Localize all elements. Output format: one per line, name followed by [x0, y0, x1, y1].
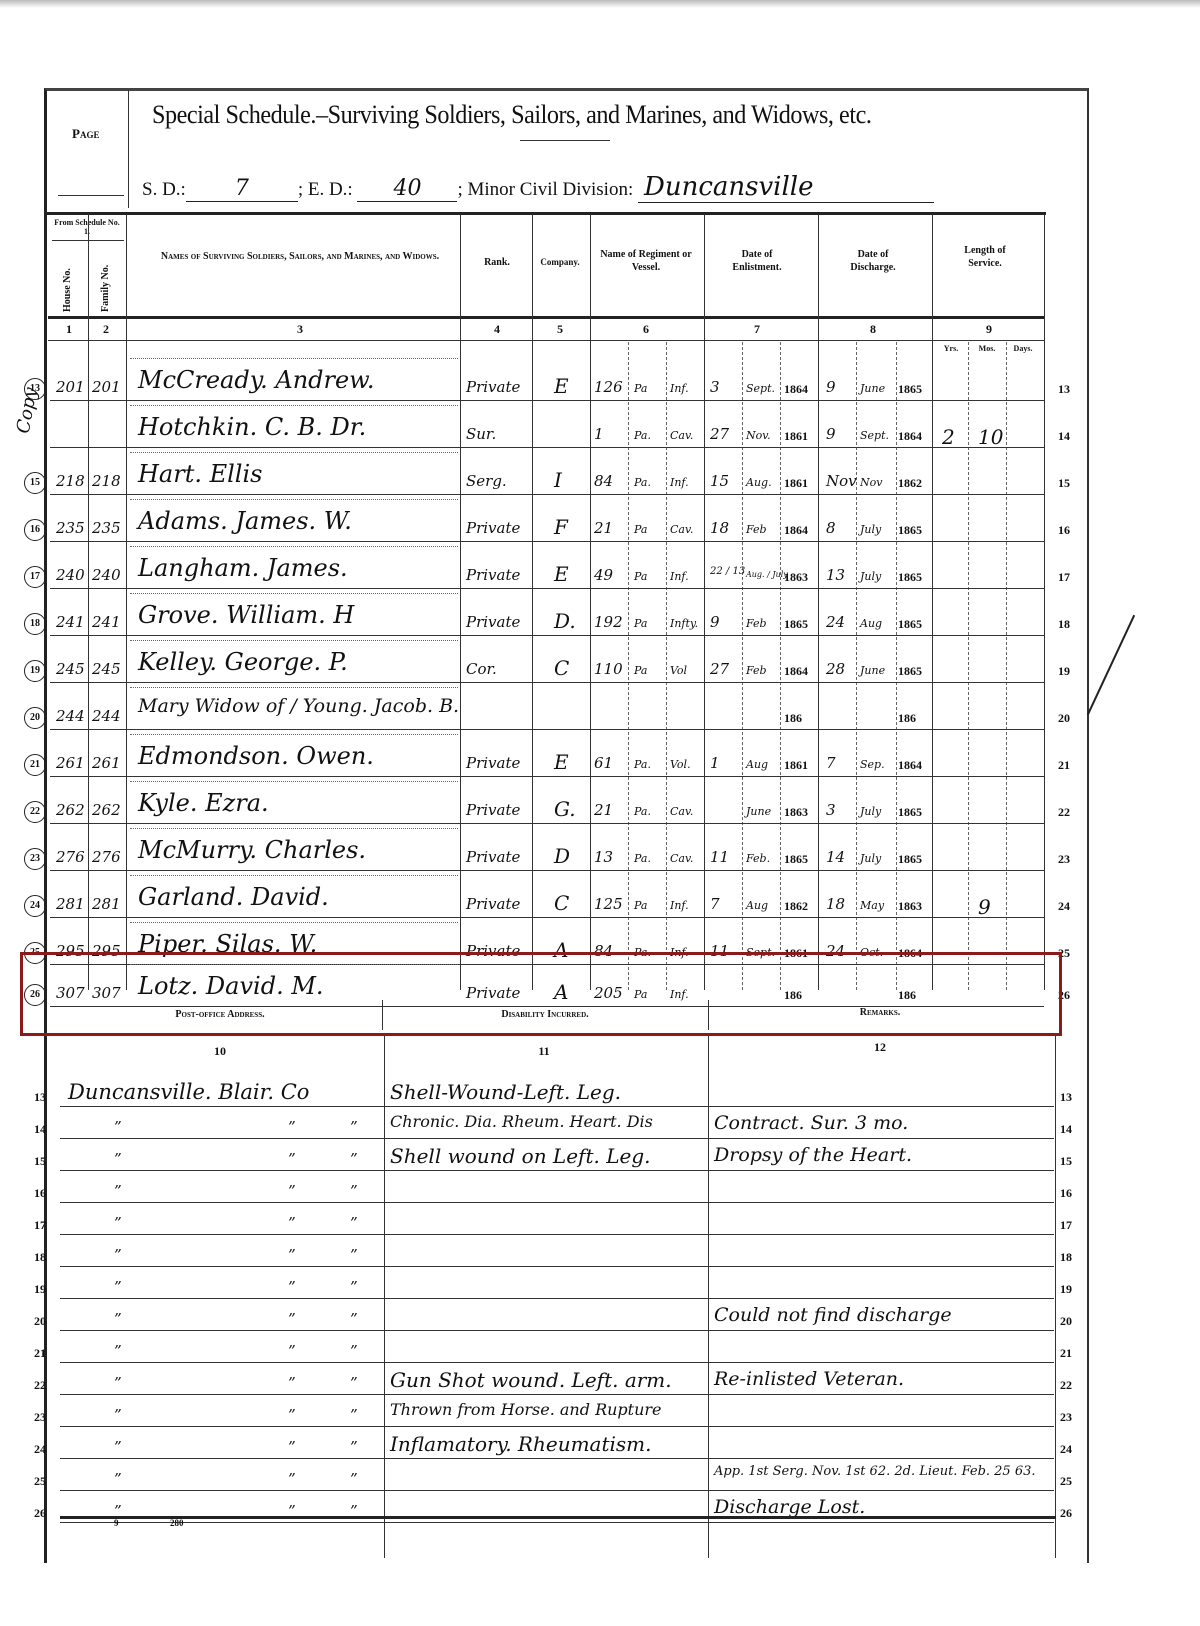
grid-column-line: [88, 214, 89, 990]
company: E: [554, 562, 569, 586]
ditto-mark: ”: [350, 1406, 358, 1424]
right-line-number: 23: [1060, 1410, 1072, 1425]
discharge-day: 13: [826, 566, 845, 584]
house-no-header: House No.: [62, 252, 73, 312]
line-number-circle: 24: [24, 895, 46, 917]
line-number: 25: [34, 1474, 46, 1489]
ditto-mark: ”: [288, 1150, 296, 1168]
family-number: 235: [92, 519, 121, 537]
regiment-state: Pa: [634, 617, 647, 630]
right-line-number: 20: [1058, 711, 1070, 726]
right-line-number: 21: [1060, 1346, 1072, 1361]
remarks: Re-inlisted Veteran.: [714, 1368, 904, 1390]
enlistment-year: 1864: [784, 382, 808, 397]
disability-header: Disability Incurred.: [384, 1008, 706, 1021]
rank: Serg.: [466, 472, 507, 490]
ed-label: ; E. D.:: [298, 179, 353, 200]
grid-column-line: [856, 342, 857, 990]
ditto-mark: ”: [288, 1182, 296, 1200]
line-number-circle: 16: [24, 519, 46, 541]
line-number-circle: 18: [24, 613, 46, 635]
mos-header: Mos.: [970, 342, 1004, 355]
page-divider: [128, 90, 129, 208]
enlistment-day: 27: [710, 660, 729, 678]
ditto-mark: ”: [114, 1246, 122, 1264]
family-number: 201: [92, 378, 121, 396]
enlistment-day: 22 / 13: [710, 566, 745, 577]
line-number: 15: [34, 1154, 46, 1169]
house-number: 276: [56, 848, 85, 866]
names-header: Names of Surviving Soldiers, Sailors, an…: [150, 250, 450, 263]
line-number-circle: 21: [24, 754, 46, 776]
regiment-arm: Infty.: [670, 617, 698, 630]
colnum-4: 4: [462, 322, 532, 337]
row-rule: [50, 447, 1044, 448]
soldier-name: Hotchkin. C. B. Dr.: [138, 413, 366, 441]
soldier-name: Garland. David.: [138, 883, 329, 911]
name-guide-line: [130, 499, 458, 500]
row-rule: [60, 1522, 1054, 1523]
discharge-day: 24: [826, 613, 845, 631]
colnum-11: 11: [524, 1044, 564, 1059]
discharge-month: June: [860, 382, 885, 395]
enlistment-year: 1863: [784, 570, 808, 585]
ditto-mark: ”: [114, 1214, 122, 1232]
line-number: 17: [34, 1218, 46, 1233]
family-number: 241: [92, 613, 121, 631]
ditto-mark: ”: [114, 1182, 122, 1200]
name-guide-line: [130, 358, 458, 359]
rank: Private: [466, 566, 520, 584]
house-number: 235: [56, 519, 85, 537]
ditto-mark: ”: [114, 1278, 122, 1296]
ditto-mark: ”: [288, 1342, 296, 1360]
row-rule: [50, 823, 1044, 824]
soldier-name: Mary Widow of / Young. Jacob. B.: [138, 695, 459, 717]
regiment-arm: Vol: [670, 664, 687, 677]
grid-column-line: [968, 342, 969, 990]
enlistment-day: 27: [710, 425, 729, 443]
discharge-year: 1862: [898, 476, 922, 491]
regiment-number: 126: [594, 378, 623, 396]
rank: Private: [466, 378, 520, 396]
grid-column-line: [1006, 342, 1007, 990]
name-guide-line: [130, 452, 458, 453]
ditto-mark: ”: [350, 1214, 358, 1232]
ditto-mark: ”: [288, 1406, 296, 1424]
soldier-name: Kyle. Ezra.: [138, 789, 269, 817]
grid-column-line: [780, 342, 781, 990]
line-number: 19: [34, 1282, 46, 1297]
row-rule: [60, 1266, 1054, 1267]
row-rule: [60, 1426, 1054, 1427]
disability-incurred: Thrown from Horse. and Rupture: [390, 1400, 662, 1419]
grid-column-line: [742, 342, 743, 990]
regiment-number: 110: [594, 660, 623, 678]
ditto-mark: ”: [288, 1214, 296, 1232]
lower-col-divider: [708, 1036, 709, 1558]
right-line-number: 15: [1058, 476, 1070, 491]
right-line-number: 22: [1060, 1378, 1072, 1393]
regiment-state: Pa.: [634, 758, 651, 771]
enlistment-day: 11: [710, 848, 729, 866]
company: G.: [554, 797, 576, 821]
enlistment-month: Aug: [746, 899, 768, 912]
name-guide-line: [130, 546, 458, 547]
row-rule: [50, 776, 1044, 777]
lower-header-divider: [708, 1000, 709, 1030]
remarks: Dropsy of the Heart.: [714, 1144, 912, 1166]
enlistment-year: 1862: [784, 899, 808, 914]
house-number: 262: [56, 801, 85, 819]
right-line-number: 15: [1060, 1154, 1072, 1169]
enlistment-month: Aug: [746, 758, 768, 771]
discharge-month: July: [860, 805, 881, 818]
disability-incurred: Shell-Wound-Left. Leg.: [390, 1080, 621, 1104]
company: C: [554, 891, 569, 915]
company-header: Company.: [532, 256, 588, 269]
row-rule: [60, 1490, 1054, 1491]
discharge-month: Aug: [860, 617, 882, 630]
post-office-address: Duncansville. Blair. Co: [68, 1080, 309, 1104]
name-guide-line: [130, 734, 458, 735]
regiment-state: Pa.: [634, 476, 651, 489]
discharge-day: 9: [826, 425, 836, 443]
colnum-2: 2: [88, 322, 124, 337]
right-line-number: 17: [1058, 570, 1070, 585]
soldier-name: Grove. William. H: [138, 601, 354, 629]
row-rule: [50, 494, 1044, 495]
discharge-day: 18: [826, 895, 845, 913]
ditto-mark: ”: [114, 1374, 122, 1392]
line-number: 22: [34, 1378, 46, 1393]
right-line-number: 17: [1060, 1218, 1072, 1233]
enlistment-year: 1865: [784, 852, 808, 867]
page-number-blank: [58, 195, 124, 196]
right-line-number: 23: [1058, 852, 1070, 867]
ditto-mark: ”: [114, 1470, 122, 1488]
enlistment-year: 186: [784, 711, 802, 726]
regiment-number: 1: [594, 425, 604, 443]
ditto-mark: ”: [288, 1310, 296, 1328]
regiment-state: Pa.: [634, 805, 651, 818]
header-bottom-rule: [48, 316, 1044, 319]
house-number: 261: [56, 754, 85, 772]
right-line-number: 16: [1058, 523, 1070, 538]
line-number-circle: 17: [24, 566, 46, 588]
colnum-12: 12: [860, 1040, 900, 1055]
footer-mark: 9: [114, 1518, 119, 1528]
enlistment-month: Aug.: [746, 476, 772, 489]
regiment-number: 49: [594, 566, 613, 584]
grid-column-line: [666, 342, 667, 990]
document-title: Special Schedule.–Surviving Soldiers, Sa…: [152, 100, 871, 130]
right-line-number: 16: [1060, 1186, 1072, 1201]
discharge-year: 1865: [898, 852, 922, 867]
disability-incurred: Gun Shot wound. Left. arm.: [390, 1368, 672, 1392]
line-number-circle: 15: [24, 472, 46, 494]
days-header: Days.: [1006, 342, 1040, 355]
line-number: 21: [34, 1346, 46, 1361]
disability-incurred: Shell wound on Left. Leg.: [390, 1144, 650, 1168]
from-schedule-header: From Schedule No. 1.: [52, 218, 122, 236]
discharge-year: 1865: [898, 664, 922, 679]
ditto-mark: ”: [350, 1246, 358, 1264]
scan-edge: [0, 0, 1200, 8]
company: F: [554, 515, 568, 539]
remarks: App. 1st Serg. Nov. 1st 62. 2d. Lieut. F…: [714, 1464, 1036, 1479]
mcd-value: Duncansville: [638, 172, 934, 203]
company: D: [554, 844, 570, 868]
discharge-year: 1864: [898, 429, 922, 444]
discharge-year: 1865: [898, 617, 922, 632]
name-guide-line: [130, 875, 458, 876]
pen-stroke: [1087, 615, 1135, 716]
regiment-arm: Inf.: [670, 570, 689, 583]
discharge-month: Nov: [860, 476, 882, 489]
remarks-header: Remarks.: [710, 1006, 1050, 1019]
family-number: 261: [92, 754, 121, 772]
line-number: 20: [34, 1314, 46, 1329]
line-number-circle: 20: [24, 707, 46, 729]
mcd-label: ; Minor Civil Division:: [457, 179, 633, 200]
regiment-state: Pa: [634, 570, 647, 583]
ditto-mark: ”: [350, 1342, 358, 1360]
right-line-number: 26: [1060, 1506, 1072, 1521]
remarks: Discharge Lost.: [714, 1496, 865, 1518]
enlistment-header: Date of Enlistment.: [722, 248, 792, 274]
ditto-mark: ”: [350, 1118, 358, 1136]
row-rule: [60, 1458, 1054, 1459]
company: E: [554, 750, 569, 774]
regiment-number: 61: [594, 754, 613, 772]
grid-column-line: [1044, 214, 1045, 990]
right-line-number: 14: [1058, 429, 1070, 444]
enlistment-year: 1864: [784, 523, 808, 538]
family-number: 240: [92, 566, 121, 584]
sd-value: 7: [186, 176, 298, 202]
regiment-header: Name of Regiment or Vessel.: [590, 248, 702, 274]
name-guide-line: [130, 781, 458, 782]
disability-incurred: Chronic. Dia. Rheum. Heart. Dis: [390, 1112, 653, 1131]
discharge-day: 7: [826, 754, 836, 772]
line-number: 24: [34, 1442, 46, 1457]
regiment-arm: Cav.: [670, 805, 693, 818]
rank: Private: [466, 754, 520, 772]
bottom-rule: [60, 1516, 1056, 1519]
lower-col-divider: [384, 1036, 385, 1558]
colnum-3: 3: [150, 322, 450, 337]
line-number-circle: 23: [24, 848, 46, 870]
regiment-number: 21: [594, 519, 613, 537]
row-rule: [50, 682, 1044, 683]
ditto-mark: ”: [114, 1310, 122, 1328]
colnum-8: 8: [838, 322, 908, 337]
row-rule: [60, 1106, 1054, 1107]
soldier-name: Langham. James.: [138, 554, 348, 582]
line-number-circle: 19: [24, 660, 46, 682]
rank: Private: [466, 895, 520, 913]
discharge-month: May: [860, 899, 884, 912]
ditto-mark: ”: [114, 1438, 122, 1456]
row-rule: [60, 1394, 1054, 1395]
soldier-name: Kelley. George. P.: [138, 648, 348, 676]
discharge-year: 1863: [898, 899, 922, 914]
line-number: 14: [34, 1122, 46, 1137]
soldier-name: Edmondson. Owen.: [138, 742, 374, 770]
colnum-1: 1: [52, 322, 86, 337]
house-number: 245: [56, 660, 85, 678]
family-no-header: Family No.: [100, 248, 111, 312]
enlistment-month: Sept.: [746, 382, 775, 395]
enlistment-month: Nov.: [746, 429, 771, 442]
regiment-number: 192: [594, 613, 623, 631]
rank: Private: [466, 613, 520, 631]
soldier-name: McMurry. Charles.: [138, 836, 366, 864]
company: E: [554, 374, 569, 398]
regiment-number: 13: [594, 848, 613, 866]
soldier-name: McCready. Andrew.: [138, 366, 375, 394]
row-rule: [50, 729, 1044, 730]
remarks: Could not find discharge: [714, 1304, 952, 1326]
rank: Private: [466, 519, 520, 537]
house-number: 201: [56, 378, 85, 396]
yrs-header: Yrs.: [934, 342, 968, 355]
right-line-number: 21: [1058, 758, 1070, 773]
ditto-mark: ”: [288, 1118, 296, 1136]
regiment-state: Pa: [634, 382, 647, 395]
enlistment-month: June: [746, 805, 771, 818]
discharge-day: 3: [826, 801, 836, 819]
discharge-day: 9: [826, 378, 836, 396]
line-number: 13: [34, 1090, 46, 1105]
remarks: Contract. Sur. 3 mo.: [714, 1112, 908, 1134]
family-number: 245: [92, 660, 121, 678]
enlistment-month: Aug. / July: [746, 570, 788, 579]
name-guide-line: [130, 922, 458, 923]
family-number: 276: [92, 848, 121, 866]
enlistment-year: 1865: [784, 617, 808, 632]
length-months: 10: [978, 425, 1003, 449]
row-rule: [50, 541, 1044, 542]
regiment-arm: Inf.: [670, 382, 689, 395]
right-line-number: 18: [1060, 1250, 1072, 1265]
row-rule: [50, 917, 1044, 918]
enlistment-month: Feb: [746, 664, 767, 677]
enlistment-year: 1861: [784, 758, 808, 773]
colnum-7: 7: [722, 322, 792, 337]
house-number: 240: [56, 566, 85, 584]
line-number: 23: [34, 1410, 46, 1425]
house-number: 241: [56, 613, 85, 631]
ditto-mark: ”: [114, 1118, 122, 1136]
row-rule: [60, 1138, 1054, 1139]
company: I: [554, 468, 562, 492]
row-rule: [60, 1202, 1054, 1203]
right-line-number: 24: [1060, 1442, 1072, 1457]
regiment-arm: Cav.: [670, 429, 693, 442]
grid-column-line: [628, 342, 629, 990]
page-label: Page: [72, 126, 99, 142]
ditto-mark: ”: [114, 1406, 122, 1424]
row-rule: [60, 1298, 1054, 1299]
grid-column-line: [818, 214, 819, 990]
regiment-state: Pa: [634, 899, 647, 912]
discharge-day: 14: [826, 848, 845, 866]
rank-header: Rank.: [462, 256, 532, 269]
line-number: 18: [34, 1250, 46, 1265]
right-line-number: 22: [1058, 805, 1070, 820]
row-rule: [50, 635, 1044, 636]
discharge-year: 1865: [898, 382, 922, 397]
ditto-mark: ”: [288, 1278, 296, 1296]
colnum-rule: [48, 340, 1044, 341]
regiment-number: 125: [594, 895, 623, 913]
row-rule: [60, 1170, 1054, 1171]
family-number: 262: [92, 801, 121, 819]
name-guide-line: [130, 405, 458, 406]
grid-column-line: [704, 214, 705, 990]
ditto-mark: ”: [350, 1470, 358, 1488]
soldier-name: Adams. James. W.: [138, 507, 352, 535]
ditto-mark: ”: [350, 1182, 358, 1200]
grid-column-line: [590, 214, 591, 990]
grid-column-line: [896, 342, 897, 990]
line-number: 16: [34, 1186, 46, 1201]
ditto-mark: ”: [288, 1470, 296, 1488]
ditto-mark: ”: [350, 1374, 358, 1392]
regiment-number: 21: [594, 801, 613, 819]
enlistment-day: 3: [710, 378, 720, 396]
company: C: [554, 656, 569, 680]
enlistment-month: Feb: [746, 523, 767, 536]
regiment-number: 84: [594, 472, 613, 490]
name-guide-line: [130, 593, 458, 594]
row-rule: [60, 1362, 1054, 1363]
ditto-mark: ”: [350, 1150, 358, 1168]
ed-value: 40: [357, 176, 457, 202]
discharge-year: 1864: [898, 758, 922, 773]
discharge-day: Nov: [826, 472, 857, 490]
length-header: Length of Service.: [950, 244, 1020, 270]
enlistment-year: 1861: [784, 476, 808, 491]
colnum-6: 6: [590, 322, 702, 337]
footer-mark: 280: [170, 1518, 184, 1528]
row-rule: [50, 400, 1044, 401]
colnum-10: 10: [200, 1044, 240, 1059]
length-months: 9: [978, 895, 991, 919]
name-guide-line: [130, 640, 458, 641]
family-number: 218: [92, 472, 121, 490]
discharge-month: June: [860, 664, 885, 677]
rank: Private: [466, 848, 520, 866]
ditto-mark: ”: [114, 1342, 122, 1360]
ditto-mark: ”: [350, 1438, 358, 1456]
family-number: 244: [92, 707, 121, 725]
regiment-arm: Vol.: [670, 758, 691, 771]
sd-label: S. D.:: [142, 179, 186, 200]
rank: Cor.: [466, 660, 497, 678]
discharge-year: 1865: [898, 523, 922, 538]
right-line-number: 19: [1058, 664, 1070, 679]
disability-incurred: Inflamatory. Rheumatism.: [390, 1432, 652, 1456]
header-rule: [46, 212, 1046, 215]
right-line-number: 25: [1060, 1474, 1072, 1489]
discharge-month: July: [860, 852, 881, 865]
lower-header-divider: [382, 1000, 383, 1030]
lower-right-border: [1055, 1036, 1056, 1558]
enlistment-month: Feb.: [746, 852, 770, 865]
